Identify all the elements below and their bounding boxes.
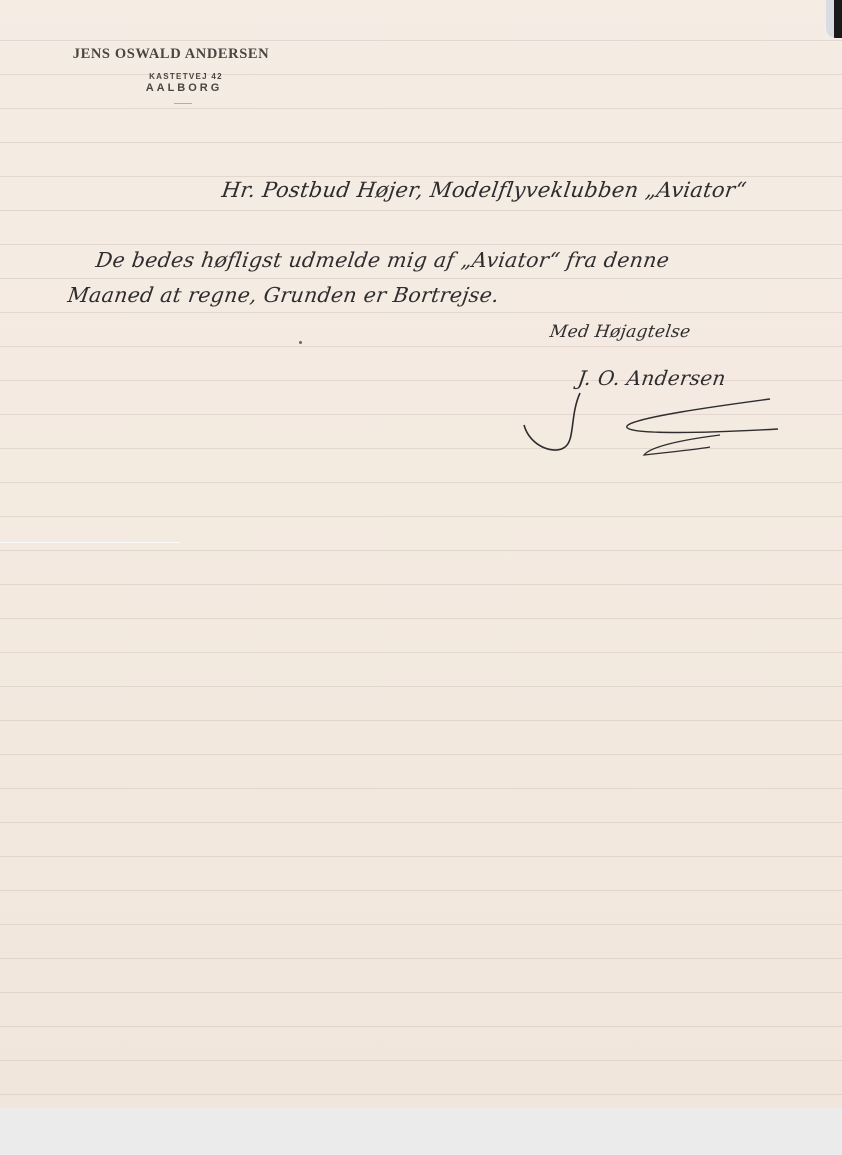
letterhead: JENS OSWALD ANDERSEN KASTETVEJ 42 AALBOR… [46,46,296,104]
letterhead-street: KASTETVEJ 42 [46,72,296,81]
letter-body-line-2: Maaned at regne, Grunden er Bortrejse. [66,283,500,307]
letter-sheet: JENS OSWALD ANDERSEN KASTETVEJ 42 AALBOR… [0,0,842,1108]
signature-flourish-icon [520,385,785,465]
letterhead-name: JENS OSWALD ANDERSEN [46,46,296,63]
paper-fold-crease [0,542,180,543]
letter-closing: Med Højagtelse [549,322,692,342]
letterhead-divider [174,103,192,104]
letter-salutation: Hr. Postbud Højer, Modelflyveklubben „Av… [220,178,748,202]
scanner-corner-shadow [826,0,842,38]
letterhead-city: AALBORG [46,82,296,94]
letter-body-line-1: De bedes høfligst udmelde mig af „Aviato… [94,248,671,272]
ink-speck [299,341,302,344]
